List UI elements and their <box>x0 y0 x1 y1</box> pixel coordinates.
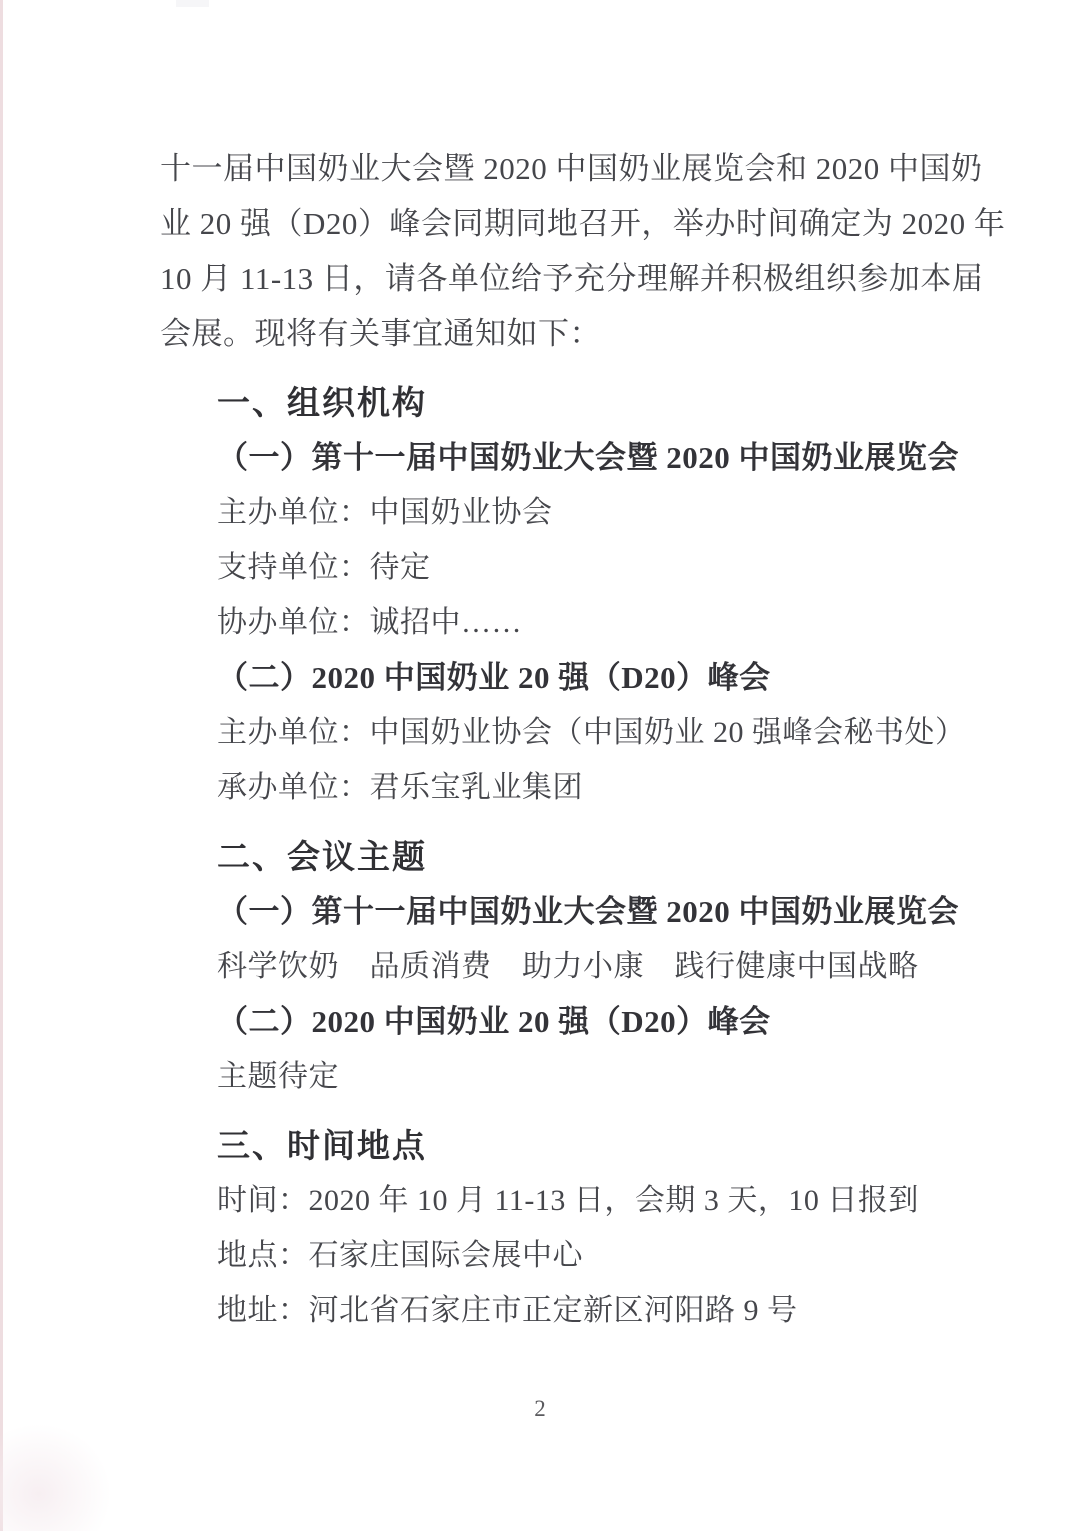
scan-edge-artifact <box>0 0 3 1531</box>
section-time-place: 三、时间地点 时间：2020 年 10 月 11-13 日，会期 3 天，10 … <box>217 1118 928 1338</box>
section-time-place-heading: 三、时间地点 <box>217 1118 928 1173</box>
intro-line-2: 业 20 强（D20）峰会同期同地召开，举办时间确定为 2020 年 <box>160 196 928 251</box>
theme-summit-tbd: 主题待定 <box>217 1049 928 1104</box>
theme-subheading-summit: （二）2020 中国奶业 20 强（D20）峰会 <box>217 994 928 1049</box>
section-organization-heading: 一、组织机构 <box>217 375 928 430</box>
org-co-organizer-unit: 协办单位：诚招中…… <box>217 595 928 650</box>
intro-line-4: 会展。现将有关事宜通知如下： <box>160 306 928 361</box>
address-line: 地址：河北省石家庄市正定新区河阳路 9 号 <box>217 1283 928 1338</box>
intro-line-1: 十一届中国奶业大会暨 2020 中国奶业展览会和 2020 中国奶 <box>160 141 928 196</box>
theme-conference-slogan: 科学饮奶 品质消费 助力小康 践行健康中国战略 <box>217 939 928 994</box>
theme-subheading-conference: （一）第十一届中国奶业大会暨 2020 中国奶业展览会 <box>217 884 928 939</box>
org-summit-undertaker-unit: 承办单位：君乐宝乳业集团 <box>217 760 928 815</box>
venue-line: 地点：石家庄国际会展中心 <box>217 1228 928 1283</box>
notice-body: 十一届中国奶业大会暨 2020 中国奶业展览会和 2020 中国奶 业 20 强… <box>160 141 928 1338</box>
page-number: 2 <box>0 1394 1080 1424</box>
org-support-unit: 支持单位：待定 <box>217 540 928 595</box>
scanned-notice-page: 十一届中国奶业大会暨 2020 中国奶业展览会和 2020 中国奶 业 20 强… <box>0 0 1080 1531</box>
scan-blotch-artifact <box>0 1425 110 1531</box>
section-theme: 二、会议主题 （一）第十一届中国奶业大会暨 2020 中国奶业展览会 科学饮奶 … <box>217 829 928 1104</box>
intro-line-3: 10 月 11-13 日，请各单位给予充分理解并积极组织参加本届 <box>160 251 928 306</box>
time-line: 时间：2020 年 10 月 11-13 日，会期 3 天，10 日报到 <box>217 1173 928 1228</box>
section-organization: 一、组织机构 （一）第十一届中国奶业大会暨 2020 中国奶业展览会 主办单位：… <box>217 375 928 815</box>
org-subheading-summit: （二）2020 中国奶业 20 强（D20）峰会 <box>217 650 928 705</box>
scan-smudge-artifact <box>176 0 209 7</box>
org-subheading-conference: （一）第十一届中国奶业大会暨 2020 中国奶业展览会 <box>217 430 928 485</box>
intro-paragraph: 十一届中国奶业大会暨 2020 中国奶业展览会和 2020 中国奶 业 20 强… <box>160 141 928 361</box>
org-host-unit: 主办单位：中国奶业协会 <box>217 485 928 540</box>
section-theme-heading: 二、会议主题 <box>217 829 928 884</box>
org-summit-host-unit: 主办单位：中国奶业协会（中国奶业 20 强峰会秘书处） <box>217 705 928 760</box>
